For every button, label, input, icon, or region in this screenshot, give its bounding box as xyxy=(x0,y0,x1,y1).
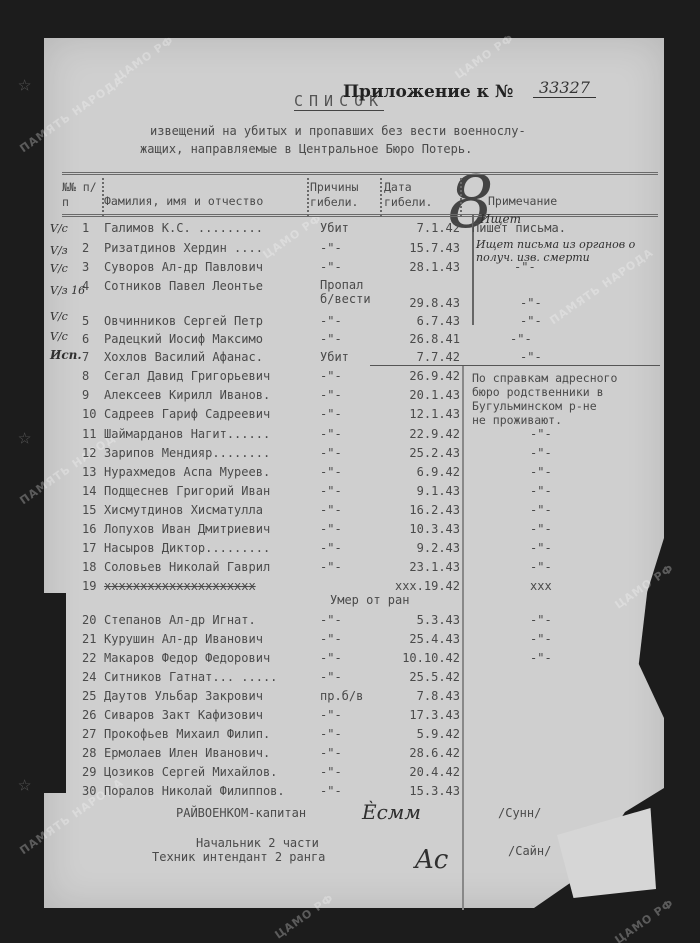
row-name: Хисмутдинов Хисматулла xyxy=(104,502,344,519)
row-cause: -"- xyxy=(320,445,380,462)
row-date: 25.5.42 xyxy=(380,669,460,686)
torn-edge-left xyxy=(44,593,66,793)
margin-mark: Исп. xyxy=(50,348,82,362)
row-name: Сотников Павел Леонтье xyxy=(104,278,344,295)
row-note: -"- xyxy=(530,445,700,462)
row-note: ххх xyxy=(530,578,700,595)
appendix-label: Приложение к № xyxy=(343,82,513,102)
row-num: 19 xyxy=(82,578,104,595)
row-cause: -"- xyxy=(320,406,380,423)
row-cause: -"- xyxy=(320,726,380,743)
row-date: 26.8.41 xyxy=(380,331,460,348)
row-date: 26.9.42 xyxy=(380,368,460,385)
row-num: 5 xyxy=(82,313,104,330)
row-num: 14 xyxy=(82,483,104,500)
handwritten-note: Ищет письма из органов о получ. изв. сме… xyxy=(476,238,656,264)
row-cause: Убит xyxy=(320,220,380,237)
column-separator xyxy=(380,178,382,216)
row-date: 7.1.42 xyxy=(380,220,460,237)
table-rule-top xyxy=(62,172,658,175)
row-name: Шаймарданов Нагит...... xyxy=(104,426,344,443)
row-date: 23.1.43 xyxy=(380,559,460,576)
remark-block: По справкам адресного бюро родственники … xyxy=(472,371,617,427)
handwritten-note: Ищет xyxy=(480,212,521,226)
remark-line: не проживают. xyxy=(472,413,617,427)
remark-line: Бугульминском р-не xyxy=(472,399,617,413)
row-cause: -"- xyxy=(320,387,380,404)
row-num: 29 xyxy=(82,764,104,781)
row-cause: -"- xyxy=(320,559,380,576)
margin-mark: V/с xyxy=(50,330,68,343)
row-name: Ситников Гатнат... ..... xyxy=(104,669,344,686)
row-num: 28 xyxy=(82,745,104,762)
margin-mark: V/з 16 xyxy=(50,284,85,297)
row-cause: -"- xyxy=(320,612,380,629)
margin-mark: V/с xyxy=(50,310,68,323)
row-note: -"- xyxy=(520,349,700,366)
row-cause: -"- xyxy=(320,783,380,800)
header-date: Дата гибели. xyxy=(384,180,450,210)
row-date: 7.7.42 xyxy=(380,349,460,366)
row-date: 29.8.43 xyxy=(380,295,460,312)
row-name: Ермолаев Илен Иванович. xyxy=(104,745,344,762)
row-cause: Пропал б/вести xyxy=(320,278,376,306)
column-separator xyxy=(102,178,104,216)
row-date: 9.1.43 xyxy=(380,483,460,500)
row-note: -"- xyxy=(530,559,700,576)
row-date: 6.7.43 xyxy=(380,313,460,330)
row-num: 18 xyxy=(82,559,104,576)
header-cause: Причины гибели. xyxy=(310,180,378,210)
column-separator xyxy=(460,178,462,216)
row-date: 20.4.42 xyxy=(380,764,460,781)
row-date: 25.4.43 xyxy=(380,631,460,648)
row-num: 8 xyxy=(82,368,104,385)
row-note: -"- xyxy=(530,650,700,667)
row-num: 30 xyxy=(82,783,104,800)
row-date: 15.3.43 xyxy=(380,783,460,800)
row-cause: -"- xyxy=(320,240,380,257)
row-cause: -"- xyxy=(320,483,380,500)
hand-drawn-line xyxy=(462,365,464,910)
margin-mark: V/с xyxy=(50,262,68,275)
row-name: Ризатдинов Хердин .... xyxy=(104,240,344,257)
subtitle-line: извещений на убитых и пропавших без вест… xyxy=(150,122,630,140)
row-cause: -"- xyxy=(320,331,380,348)
table-rule-header xyxy=(62,214,658,217)
row-date: 28.1.43 xyxy=(380,259,460,276)
row-num: 22 xyxy=(82,650,104,667)
row-note: -"- xyxy=(510,331,700,348)
row-num: 3 xyxy=(82,259,104,276)
row-date: 15.7.43 xyxy=(380,240,460,257)
row-name: Прокофьев Михаил Филип. xyxy=(104,726,344,743)
row-note: -"- xyxy=(530,631,700,648)
star-icon: ☆ xyxy=(18,72,31,97)
row-num: 10 xyxy=(82,406,104,423)
row-cause: -"- xyxy=(320,464,380,481)
row-name: Сиваров Закт Кафизович xyxy=(104,707,344,724)
row-num: 15 xyxy=(82,502,104,519)
row-num: 4 xyxy=(82,278,104,295)
row-num: 12 xyxy=(82,445,104,462)
row-note: -"- xyxy=(530,426,700,443)
row-num: 9 xyxy=(82,387,104,404)
margin-mark: V/с xyxy=(50,222,68,235)
signature-title: Начальник 2 части xyxy=(196,836,319,850)
row-cause: -"- xyxy=(320,502,380,519)
row-name: Зарипов Мендияр........ xyxy=(104,445,344,462)
row-date: 5.9.42 xyxy=(380,726,460,743)
row-num: 27 xyxy=(82,726,104,743)
row-cause: -"- xyxy=(320,764,380,781)
row-date: 17.3.43 xyxy=(380,707,460,724)
row-name: Поралов Николай Филиппов. xyxy=(104,783,344,800)
row-cause: -"- xyxy=(320,631,380,648)
row-name: Овчинников Сергей Петр xyxy=(104,313,344,330)
signature-name: /Сайн/ xyxy=(508,844,551,858)
row-note: -"- xyxy=(530,502,700,519)
remark-line: По справкам адресного xyxy=(472,371,617,385)
row-name: Соловьев Николай Гаврил xyxy=(104,559,344,576)
row-num: 13 xyxy=(82,464,104,481)
row-note: -"- xyxy=(530,464,700,481)
header-name: Фамилия, имя и отчество xyxy=(104,194,263,209)
row-note: -"- xyxy=(530,521,700,538)
subtitle-line: жащих, направляемые в Центральное Бюро П… xyxy=(140,140,630,158)
row-date: 22.9.42 xyxy=(380,426,460,443)
row-name: Галимов К.С. ......... xyxy=(104,220,344,237)
row-name: Курушин Ал-др Иванович xyxy=(104,631,344,648)
row-date: 7.8.43 xyxy=(380,688,460,705)
remark-line: бюро родственники в xyxy=(472,385,617,399)
row-cause: -"- xyxy=(320,368,380,385)
row-num: 2 xyxy=(82,240,104,257)
appendix-number: 33327 xyxy=(533,78,596,98)
row-name: Садреев Гариф Садреевич xyxy=(104,406,344,423)
row-cause: Убит xyxy=(320,349,380,366)
signature-title: Техник интендант 2 ранга xyxy=(152,850,325,864)
signature-scribble: Ѐсмм xyxy=(362,800,421,824)
row-date: 12.1.43 xyxy=(380,406,460,423)
row-name: Даутов Ульбар Закрович xyxy=(104,688,344,705)
row-note: -"- xyxy=(530,483,700,500)
row-name: Суворов Ал-др Павлович xyxy=(104,259,344,276)
row-date: 6.9.42 xyxy=(380,464,460,481)
header-num: №№ п/п xyxy=(62,180,102,210)
row-num: 7 xyxy=(82,349,104,366)
row-num: 26 xyxy=(82,707,104,724)
margin-mark: V/з xyxy=(50,244,68,257)
row-num: 17 xyxy=(82,540,104,557)
row-num: 20 xyxy=(82,612,104,629)
row-name: Радецкий Иосиф Максимо xyxy=(104,331,344,348)
row-name: Макаров Федор Федорович xyxy=(104,650,344,667)
row-cause: пр.б/в xyxy=(320,688,380,705)
row-num: 25 xyxy=(82,688,104,705)
row-date: 28.6.42 xyxy=(380,745,460,762)
row-num: 21 xyxy=(82,631,104,648)
row-note: -"- xyxy=(520,295,700,312)
row-name: Цозиков Сергей Михайлов. xyxy=(104,764,344,781)
row-name: Лопухов Иван Дмитриевич xyxy=(104,521,344,538)
row-num: 1 xyxy=(82,220,104,237)
row-date: 9.2.43 xyxy=(380,540,460,557)
row-name: Нурахмедов Аспа Муреев. xyxy=(104,464,344,481)
row-cause: -"- xyxy=(320,521,380,538)
star-icon: ☆ xyxy=(18,425,31,450)
row-date: 10.10.42 xyxy=(380,650,460,667)
row-cause: -"- xyxy=(320,669,380,686)
row-date: 20.1.43 xyxy=(380,387,460,404)
row-date: ххх.19.42 xyxy=(380,578,460,595)
row-num: 16 xyxy=(82,521,104,538)
row-date: 25.2.43 xyxy=(380,445,460,462)
row-num: 24 xyxy=(82,669,104,686)
row-name: Подщеснев Григорий Иван xyxy=(104,483,344,500)
signature-scribble: Ac xyxy=(415,845,448,875)
signature-title: РАЙВОЕНКОМ-капитан xyxy=(176,806,306,820)
row-cause: -"- xyxy=(320,650,380,667)
column-separator xyxy=(307,178,309,216)
row-num: 11 xyxy=(82,426,104,443)
header-note: Примечание xyxy=(488,194,557,209)
row-cause: -"- xyxy=(320,707,380,724)
document-subtitle: извещений на убитых и пропавших без вест… xyxy=(150,122,630,158)
row-name: Сегал Давид Григорьевич xyxy=(104,368,344,385)
row-cause: -"- xyxy=(320,313,380,330)
row-note: -"- xyxy=(530,612,700,629)
signature-name: /Сунн/ xyxy=(498,806,541,820)
row-date: 5.3.43 xyxy=(380,612,460,629)
row-name: Алексеев Кирилл Иванов. xyxy=(104,387,344,404)
row-num: 6 xyxy=(82,331,104,348)
row-date: 10.3.43 xyxy=(380,521,460,538)
row-name: Насыров Диктор......... xyxy=(104,540,344,557)
row-cause: -"- xyxy=(320,745,380,762)
row-name: ххххххххххххххххххххх xyxy=(104,578,344,595)
row-cause: -"- xyxy=(320,259,380,276)
star-icon: ☆ xyxy=(18,772,31,797)
row-note: -"- xyxy=(520,313,700,330)
row-name: Хохлов Василий Афанас. xyxy=(104,349,344,366)
paper-fragment xyxy=(546,808,656,898)
row-cause: -"- xyxy=(320,426,380,443)
row-name: Степанов Ал-др Игнат. xyxy=(104,612,344,629)
row-date: 16.2.43 xyxy=(380,502,460,519)
row-note: -"- xyxy=(530,540,700,557)
row-cause: -"- xyxy=(320,540,380,557)
